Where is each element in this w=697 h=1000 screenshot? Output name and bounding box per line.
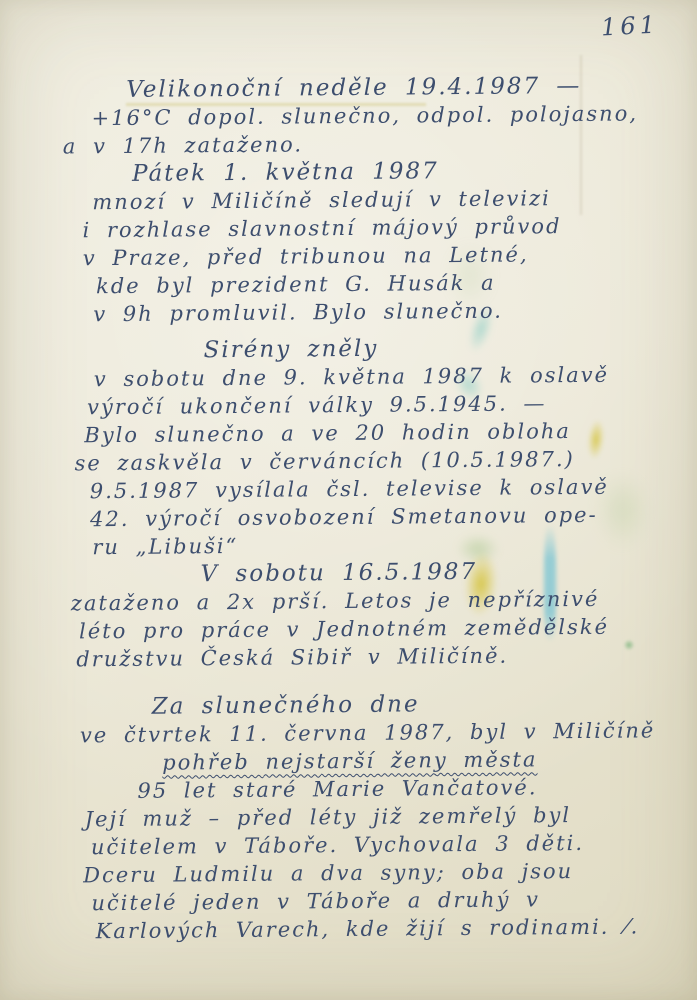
paper-page: 161 Velikonoční neděle 19.4.1987 — +16°C… — [0, 0, 697, 1000]
manuscript-line: v 9h promluvil. Bylo slunečno. — [93, 295, 695, 328]
manuscript-line: 9.5.1987 vysílala čsl. televise k oslavě — [90, 472, 697, 505]
manuscript-line: +16°C dopol. slunečno, odpol. polojasno, — [91, 99, 693, 132]
manuscript-heading-sirens: Sirény zněly — [203, 332, 695, 364]
manuscript-heading-saturday-16-5: V sobotu 16.5.1987 — [200, 556, 697, 588]
manuscript-line: ve čtvrtek 11. června 1987, byl v Miličí… — [80, 716, 697, 749]
manuscript-line: léto pro práce v Jednotném zemědělské — [79, 612, 697, 645]
manuscript-line: družstvu Česká Sibiř v Miličíně. — [76, 640, 697, 673]
page-number: 161 — [600, 11, 659, 42]
manuscript-line: Karlových Varech, kde žijí s rodinami. ⁄… — [96, 912, 697, 945]
manuscript-text: Velikonoční neděle 19.4.1987 — +16°C dop… — [0, 71, 697, 946]
manuscript-line: v sobotu dne 9. května 1987 k oslavě — [94, 360, 696, 393]
